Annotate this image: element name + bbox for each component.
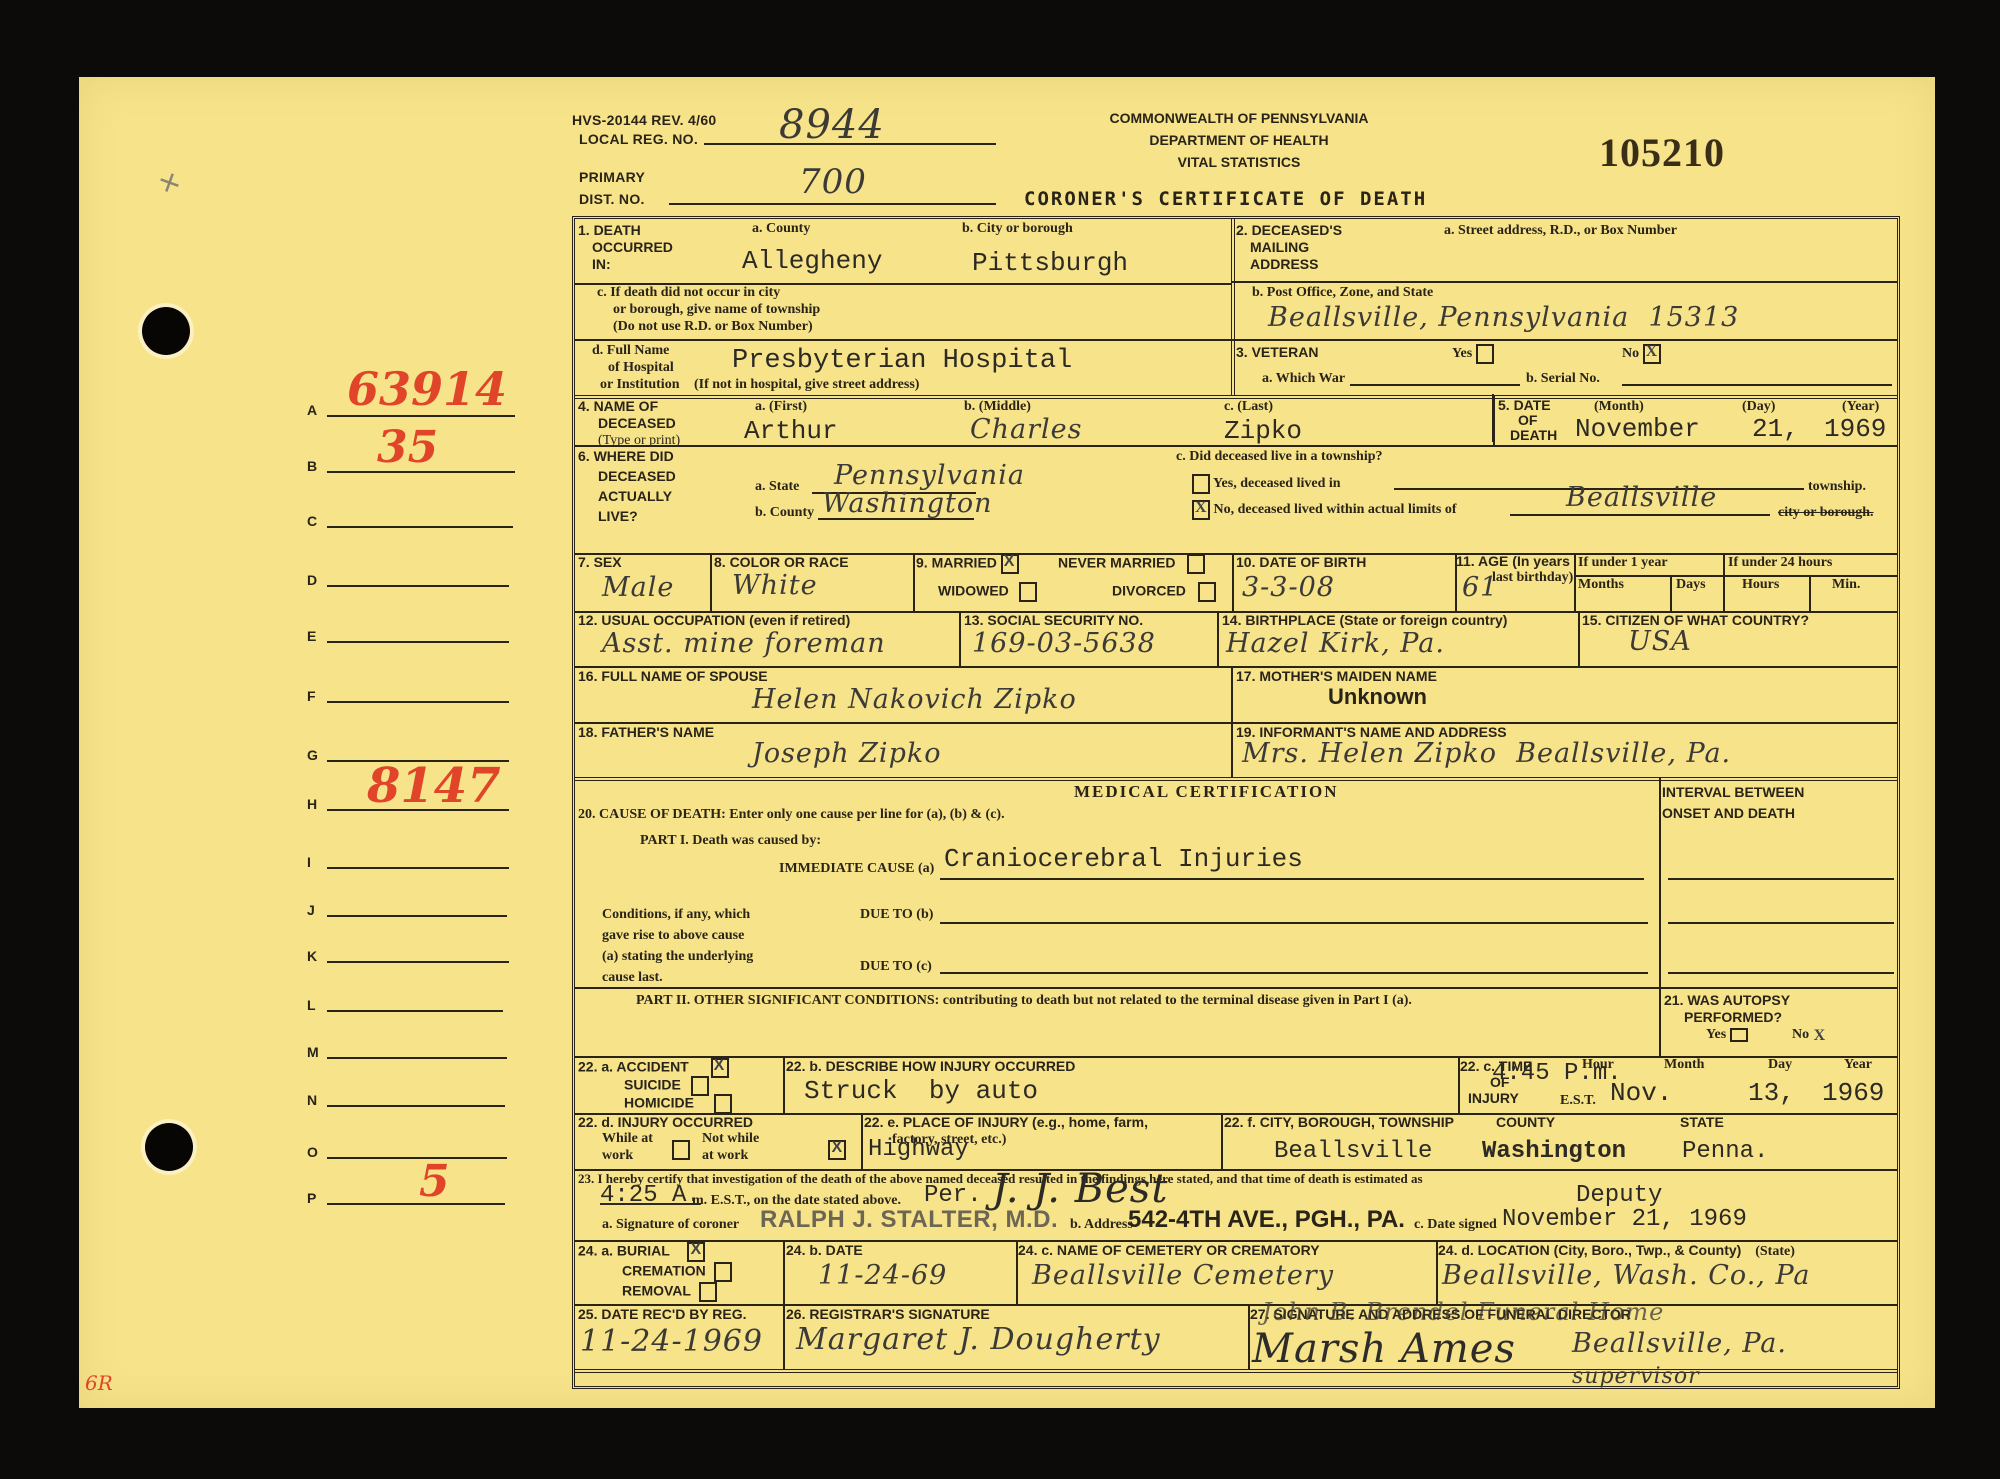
cremation-label: CREMATION (622, 1262, 732, 1282)
middle-name-label: b. (Middle) (964, 398, 1031, 415)
birthplace-label: 14. BIRTHPLACE (State or foreign country… (1222, 612, 1507, 629)
index-row-i: I (307, 854, 311, 870)
conditions-note: Conditions, if any, whichgave rise to ab… (602, 904, 753, 988)
birthplace-value[interactable]: Hazel Kirk, Pa. (1226, 628, 1445, 659)
burial-date[interactable]: 11-24-69 (818, 1260, 947, 1291)
at-work-checkbox[interactable] (672, 1140, 690, 1160)
cemetery-label: 24. c. NAME OF CEMETERY OR CREMATORY (1018, 1242, 1320, 1259)
sec3-label: 3. VETERAN (1236, 344, 1318, 361)
immediate-label: IMMEDIATE CAUSE (a) (779, 860, 934, 877)
hospital-note: (If not in hospital, give street address… (694, 376, 919, 393)
punch-hole-top (142, 307, 190, 355)
city-label: b. City or borough (962, 220, 1073, 237)
injury-county-label: COUNTY (1496, 1114, 1555, 1131)
estimated-time[interactable]: 4:25 A. (600, 1182, 701, 1209)
date-recd-label: 25. DATE REC'D BY REG. (578, 1306, 747, 1323)
burial-location[interactable]: Beallsville, Wash. Co., Pa (1442, 1260, 1811, 1291)
divorced-checkbox[interactable] (1198, 582, 1216, 602)
veteran-no-checkbox[interactable] (1643, 344, 1661, 364)
township-yes-checkbox[interactable] (1192, 474, 1210, 494)
informant-value[interactable]: Mrs. Helen Zipko Beallsville, Pa. (1242, 738, 1731, 769)
dob-label: 10. DATE OF BIRTH (1236, 554, 1366, 571)
index-row-d: D (307, 572, 317, 588)
index-row-b: B35 (307, 458, 317, 474)
min-label: Min. (1832, 576, 1860, 593)
injury-year-label: Year (1844, 1056, 1872, 1073)
index-row-f: F (307, 688, 316, 704)
never-married-checkbox[interactable] (1187, 554, 1205, 574)
index-row-o: O (307, 1144, 318, 1160)
removal-checkbox[interactable] (699, 1282, 717, 1302)
coroner-name: RALPH J. STALTER, M.D. (760, 1206, 1058, 1234)
at-work-label: While atwork (602, 1130, 653, 1164)
veteran-yes-checkbox[interactable] (1476, 344, 1494, 364)
death-month[interactable]: November (1575, 414, 1700, 444)
local-reg-value: 8944 (779, 102, 885, 148)
res-state-label: a. State (755, 478, 799, 495)
agency-line-2: DEPARTMENT OF HEALTH (1079, 129, 1399, 151)
form-code: HVS-20144 REV. 4/60 (572, 112, 717, 128)
index-row-a: A63914 (307, 402, 317, 418)
index-row-n: N (307, 1092, 317, 1108)
deputy-label: Deputy (1576, 1182, 1662, 1209)
funeral-director-signature[interactable]: Marsh Ames (1252, 1326, 1516, 1372)
occupation-label: 12. USUAL OCCUPATION (even if retired) (578, 612, 850, 629)
burial-label: 24. a. BURIAL (578, 1242, 705, 1262)
ssn-value[interactable]: 169-03-5638 (972, 628, 1156, 659)
last-name[interactable]: Zipko (1224, 416, 1302, 446)
corner-mark: 6R (85, 1371, 113, 1395)
hours-label: Hours (1742, 576, 1779, 593)
burial-date-label: 24. b. DATE (786, 1242, 863, 1259)
township-note: c. If death did not occur in cityor boro… (597, 284, 820, 335)
agency-line-3: VITAL STATISTICS (1079, 151, 1399, 173)
index-value-b: 35 (377, 422, 438, 473)
dob-value[interactable]: 3-3-08 (1242, 572, 1335, 603)
mailing-po[interactable]: Beallsville, Pennsylvania 15313 (1268, 302, 1739, 333)
medical-title: MEDICAL CERTIFICATION (1074, 782, 1338, 802)
not-at-work-checkbox[interactable] (828, 1140, 846, 1160)
under1-label: If under 1 year (1578, 554, 1668, 571)
middle-name[interactable]: Charles (970, 414, 1083, 445)
res-state[interactable]: Pennsylvania (834, 460, 1025, 491)
per-label: Per. (924, 1182, 982, 1209)
date-recd[interactable]: 11-24-1969 (580, 1324, 763, 1359)
limits-suffix: city or borough. (1778, 504, 1874, 521)
not-at-work-label: Not whileat work (702, 1130, 759, 1164)
part2-label: PART II. OTHER SIGNIFICANT CONDITIONS: c… (636, 992, 1412, 1009)
death-county[interactable]: Allegheny (742, 246, 882, 276)
removal-label: REMOVAL (622, 1282, 717, 1302)
injury-state-label: STATE (1680, 1114, 1724, 1131)
address-label: b. Address (1070, 1216, 1133, 1233)
injury-year[interactable]: 1969 (1822, 1078, 1884, 1108)
limits-checkbox[interactable] (1192, 500, 1210, 520)
death-year[interactable]: 1969 (1824, 414, 1886, 444)
suicide-label: SUICIDE (624, 1076, 709, 1096)
cremation-checkbox[interactable] (714, 1262, 732, 1282)
coroner-address: 542-4TH AVE., PGH., PA. (1128, 1206, 1405, 1234)
occupation-value[interactable]: Asst. mine foreman (602, 628, 886, 659)
index-row-l: L (307, 997, 316, 1013)
certificate-number: 105210 (1599, 129, 1725, 176)
registrar-signature[interactable]: Margaret J. Dougherty (796, 1322, 1161, 1357)
interval-label: INTERVAL BETWEENONSET AND DEATH (1662, 782, 1804, 824)
res-county-label: b. County (755, 504, 814, 521)
sec2-label: 2. DECEASED'SMAILINGADDRESS (1236, 222, 1342, 273)
injury-month-label: Month (1664, 1056, 1704, 1073)
sec5-label: 5. DATEOFDEATH (1498, 398, 1557, 443)
agency-block: COMMONWEALTH OF PENNSYLVANIA DEPARTMENT … (1079, 107, 1399, 173)
first-name[interactable]: Arthur (744, 416, 838, 446)
dist-line (669, 203, 996, 205)
death-year-label: (Year) (1842, 398, 1879, 415)
first-name-label: a. (First) (755, 398, 807, 415)
injury-occurred-label: 22. d. INJURY OCCURRED (578, 1114, 753, 1131)
accident-label: 22. a. ACCIDENT (578, 1058, 729, 1078)
months-label: Months (1578, 576, 1624, 593)
widowed-label: WIDOWED (938, 582, 1037, 602)
death-month-label: (Month) (1594, 398, 1644, 415)
limits-no: No, deceased lived within actual limits … (1192, 500, 1457, 520)
township-question: c. Did deceased live in a township? (1176, 448, 1383, 465)
street-label: a. Street address, R.D., or Box Number (1444, 222, 1677, 239)
divorced-label: DIVORCED (1112, 582, 1216, 602)
due-c-label: DUE TO (c) (860, 958, 932, 975)
index-value-p: 5 (419, 1156, 450, 1207)
index-row-g: G (307, 747, 318, 763)
certificate-paper: + 6R HVS-20144 REV. 4/60 LOCAL REG. NO. … (79, 77, 1935, 1408)
injury-place[interactable]: Highway (868, 1136, 969, 1163)
index-row-m: M (307, 1044, 319, 1060)
date-signed[interactable]: November 21, 1969 (1502, 1206, 1747, 1233)
cemetery-name[interactable]: Beallsville Cemetery (1032, 1260, 1334, 1291)
father-label: 18. FATHER'S NAME (578, 724, 714, 741)
primary-label: PRIMARY (579, 169, 645, 185)
funeral-director-address: Beallsville, Pa. (1572, 1328, 1787, 1359)
local-reg-label: LOCAL REG. NO. (579, 131, 698, 147)
index-row-h: H8147 (307, 796, 317, 812)
spouse-value[interactable]: Helen Nakovich Zipko (752, 684, 1077, 715)
injury-day-label: Day (1768, 1056, 1792, 1073)
sex-value[interactable]: Male (602, 572, 674, 603)
sec6-label: 6. WHERE DIDDECEASEDACTUALLYLIVE? (578, 446, 676, 526)
death-day[interactable]: 21, (1752, 414, 1799, 444)
injury-month[interactable]: Nov. (1610, 1078, 1672, 1108)
sex-label: 7. SEX (578, 554, 622, 571)
index-value-h: 8147 (367, 758, 501, 814)
age-value[interactable]: 61 (1462, 572, 1498, 603)
dist-value: 700 (799, 162, 867, 202)
index-value-a: 63914 (347, 362, 507, 416)
funeral-home-name: John B. Brendel Funeral Home (1262, 1298, 1664, 1326)
citizen-label: 15. CITIZEN OF WHAT COUNTRY? (1582, 612, 1809, 629)
pencil-mark: + (152, 162, 188, 203)
never-married-label: NEVER MARRIED (1058, 554, 1205, 574)
date-signed-label: c. Date signed (1414, 1216, 1497, 1233)
funeral-director-note: supervisor (1572, 1364, 1700, 1389)
ssn-label: 13. SOCIAL SECURITY NO. (964, 612, 1143, 629)
last-name-label: c. (Last) (1224, 398, 1273, 415)
township-suffix: township. (1808, 478, 1866, 495)
injury-time[interactable]: 4:45 P.m. (1492, 1060, 1622, 1087)
veteran-yes: Yes (1452, 344, 1494, 364)
death-day-label: (Day) (1742, 398, 1775, 415)
homicide-label: HOMICIDE (624, 1094, 732, 1114)
autopsy-no-checkbox[interactable] (1813, 1030, 1827, 1040)
mother-value[interactable]: Unknown (1328, 684, 1427, 710)
mother-label: 17. MOTHER'S MAIDEN NAME (1236, 668, 1437, 685)
po-label: b. Post Office, Zone, and State (1252, 284, 1433, 301)
agency-line-1: COMMONWEALTH OF PENNSYLVANIA (1079, 107, 1399, 129)
res-county[interactable]: Washington (822, 488, 993, 519)
coroner-label: a. Signature of coroner (602, 1216, 739, 1233)
under24-label: If under 24 hours (1728, 554, 1832, 571)
injury-state[interactable]: Penna. (1682, 1138, 1768, 1165)
injury-est-label: E.S.T. (1560, 1092, 1596, 1109)
registrar-label: 26. REGISTRAR'S SIGNATURE (786, 1306, 990, 1323)
county-label: a. County (752, 220, 810, 237)
part1-label: PART I. Death was caused by: (640, 832, 821, 849)
days-label: Days (1676, 576, 1706, 593)
autopsy-label: 21. WAS AUTOPSYPERFORMED? (1664, 992, 1790, 1026)
autopsy-yes: Yes (1706, 1026, 1748, 1043)
dist-label: DIST. NO. (579, 191, 645, 207)
burial-checkbox[interactable] (687, 1242, 705, 1262)
married-label: 9. MARRIED (916, 554, 1019, 574)
autopsy-no: No (1792, 1026, 1827, 1043)
homicide-checkbox[interactable] (714, 1094, 732, 1114)
spouse-label: 16. FULL NAME OF SPOUSE (578, 668, 768, 685)
serial-label: b. Serial No. (1526, 370, 1600, 387)
citizen-value[interactable]: USA (1628, 626, 1692, 657)
injury-how-label: 22. b. DESCRIBE HOW INJURY OCCURRED (786, 1058, 1075, 1075)
death-city[interactable]: Pittsburgh (972, 248, 1128, 278)
race-label: 8. COLOR OR RACE (714, 554, 849, 571)
hospital-label: d. Full Nameof Hospitalor Institution (592, 342, 679, 393)
race-value[interactable]: White (732, 570, 818, 601)
widowed-checkbox[interactable] (1019, 582, 1037, 602)
injury-county[interactable]: Washington (1482, 1138, 1626, 1165)
cause-label: 20. CAUSE OF DEATH: Enter only one cause… (578, 806, 1005, 823)
hospital-name[interactable]: Presbyterian Hospital (732, 346, 1072, 376)
suicide-checkbox[interactable] (691, 1076, 709, 1096)
page-title: CORONER'S CERTIFICATE OF DEATH (1024, 188, 1427, 210)
injury-how[interactable]: Struck by auto (804, 1076, 1038, 1106)
township-yes: Yes, deceased lived in (1192, 474, 1341, 494)
index-row-c: C (307, 513, 317, 529)
autopsy-yes-checkbox[interactable] (1730, 1028, 1748, 1042)
sec4-label: 4. NAME OFDECEASED(Type or print) (578, 398, 680, 449)
index-row-k: K (307, 948, 317, 964)
injury-city-label: 22. f. CITY, BOROUGH, TOWNSHIP (1224, 1114, 1454, 1131)
index-row-j: J (307, 902, 315, 918)
sec1-label: 1. DEATHOCCURREDIN: (578, 222, 673, 273)
war-label: a. Which War (1262, 370, 1345, 387)
index-row-p: P5 (307, 1190, 316, 1206)
immediate-cause[interactable]: Craniocerebral Injuries (944, 844, 1303, 874)
form-fields: 1. DEATHOCCURREDIN: a. County Allegheny … (572, 216, 1900, 1389)
location-label: 24. d. LOCATION (City, Boro., Twp., & Co… (1438, 1242, 1795, 1260)
accident-checkbox[interactable] (711, 1058, 729, 1078)
injury-day[interactable]: 13, (1748, 1078, 1795, 1108)
married-checkbox[interactable] (1001, 554, 1019, 574)
injury-city[interactable]: Beallsville (1274, 1138, 1432, 1165)
father-value[interactable]: Joseph Zipko (752, 738, 941, 769)
index-row-e: E (307, 628, 316, 644)
res-limits[interactable]: Beallsville (1566, 482, 1717, 513)
due-b-label: DUE TO (b) (860, 906, 933, 923)
veteran-no: No (1622, 344, 1661, 364)
punch-hole-bottom (145, 1123, 193, 1171)
